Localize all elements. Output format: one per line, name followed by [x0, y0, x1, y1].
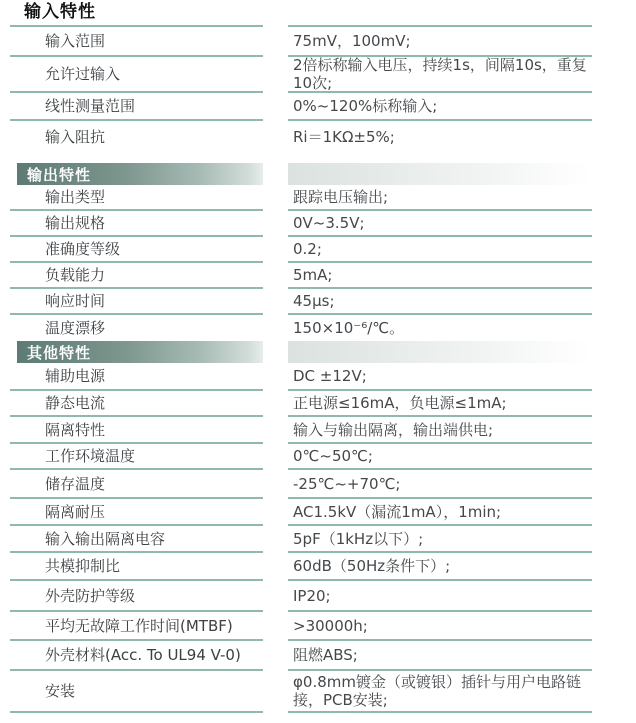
spec-label: 静态电流: [45, 394, 105, 412]
spec-row: 平均无故障工作时间(MTBF) >30000h;: [0, 612, 636, 641]
spec-value: 60dB（50Hz条件下）;: [293, 557, 450, 575]
spec-label-cell: 辅助电源: [10, 363, 263, 391]
spec-label: 输入输出隔离电容: [45, 530, 165, 548]
spec-row: 线性测量范围 0%~120%标称输入;: [0, 93, 636, 121]
spec-row: 隔离特性 输入与输出隔离，输出端供电;: [0, 417, 636, 444]
spec-value: 2倍标称输入电压，持续1s，间隔10s，重复10次;: [293, 56, 592, 92]
spec-value-cell: 150×10⁻⁶/℃。: [288, 315, 592, 341]
spec-value: 5pF（1kHz以下）;: [293, 530, 423, 548]
spec-label: 负载能力: [45, 266, 105, 284]
spec-label: 共模抑制比: [45, 557, 120, 575]
spec-row: 安装 φ0.8mm镀金（或镀银）插针与用户电路链接，PCB安装;: [0, 671, 636, 713]
spec-value: φ0.8mm镀金（或镀银）插针与用户电路链接，PCB安装;: [293, 673, 592, 709]
spec-label-cell: 隔离耐压: [10, 499, 263, 526]
spec-label: 响应时间: [45, 292, 105, 310]
spec-value: -25℃~+70℃;: [293, 475, 400, 493]
spec-label: 输出类型: [45, 188, 105, 206]
spec-label: 允许过输入: [45, 65, 120, 83]
spec-value-cell: IP20;: [288, 581, 592, 612]
spec-value: 0%~120%标称输入;: [293, 97, 437, 115]
page-title: 输入特性: [24, 0, 96, 24]
spec-label: 外壳防护等级: [45, 587, 135, 605]
spec-value-cell: 阻燃ABS;: [288, 641, 592, 671]
spec-label-cell: 平均无故障工作时间(MTBF): [10, 612, 263, 641]
spec-value-cell: AC1.5kV（漏流1mA），1min;: [288, 499, 592, 526]
spec-label: 隔离耐压: [45, 503, 105, 521]
spec-row: 输入阻抗 Ri＝1KΩ±5%;: [0, 121, 636, 152]
section-output-header: 输出特性: [0, 163, 636, 185]
spec-label-cell: 输入输出隔离电容: [10, 526, 263, 553]
spec-label-cell: 负载能力: [10, 263, 263, 289]
spec-value: 75mV，100mV;: [293, 32, 411, 50]
spec-row: 辅助电源 DC ±12V;: [0, 363, 636, 391]
spec-label: 输入范围: [45, 32, 105, 50]
spec-value-cell: 0.2;: [288, 237, 592, 263]
spec-row: 温度漂移 150×10⁻⁶/℃。: [0, 315, 636, 341]
spec-label: 输出规格: [45, 214, 105, 232]
spec-row: 外壳防护等级 IP20;: [0, 581, 636, 612]
spec-value: Ri＝1KΩ±5%;: [293, 128, 395, 146]
spec-row: 响应时间 45μs;: [0, 289, 636, 315]
section-input-title-row: 输入特性: [0, 0, 636, 27]
section-header-bar-right: [288, 163, 592, 185]
spec-row: 输出类型 跟踪电压输出;: [0, 185, 636, 211]
spec-label-cell: 输入阻抗: [10, 121, 263, 152]
spec-label-cell: 温度漂移: [10, 315, 263, 341]
spec-row: 负载能力 5mA;: [0, 263, 636, 289]
section-header-label: 输出特性: [27, 164, 91, 185]
spec-label: 外壳材料(Acc. To UL94 V-0): [45, 646, 241, 664]
spec-value: DC ±12V;: [293, 367, 367, 385]
spec-row: 工作环境温度 0℃~50℃;: [0, 444, 636, 470]
spec-label: 温度漂移: [45, 319, 105, 337]
spec-label: 工作环境温度: [45, 447, 135, 465]
spec-label: 安装: [45, 682, 75, 700]
spec-value-cell: DC ±12V;: [288, 363, 592, 391]
spec-value-cell: 0%~120%标称输入;: [288, 93, 592, 121]
spec-value-cell: 正电源≤16mA，负电源≤1mA;: [288, 391, 592, 417]
spec-row: 共模抑制比 60dB（50Hz条件下）;: [0, 553, 636, 581]
spec-label: 输入阻抗: [45, 128, 105, 146]
spec-value-cell: 0V~3.5V;: [288, 211, 592, 237]
spec-label-cell: 允许过输入: [10, 57, 263, 93]
spec-value-cell: 5pF（1kHz以下）;: [288, 526, 592, 553]
spec-label: 线性测量范围: [45, 97, 135, 115]
title-cell: 输入特性: [10, 0, 263, 27]
spec-value-cell: 5mA;: [288, 263, 592, 289]
spec-value-cell: 输入与输出隔离，输出端供电;: [288, 417, 592, 444]
section-header-label: 其他特性: [27, 342, 91, 363]
spec-value: 45μs;: [293, 292, 335, 310]
spec-value-cell: 75mV，100mV;: [288, 27, 592, 57]
spec-label-cell: 工作环境温度: [10, 444, 263, 470]
spec-label-cell: 安装: [10, 671, 263, 713]
spec-row: 允许过输入 2倍标称输入电压，持续1s，间隔10s，重复10次;: [0, 57, 636, 93]
spec-row: 静态电流 正电源≤16mA，负电源≤1mA;: [0, 391, 636, 417]
spec-value: 正电源≤16mA，负电源≤1mA;: [293, 394, 507, 412]
spec-label-cell: 响应时间: [10, 289, 263, 315]
spec-row: 输入输出隔离电容 5pF（1kHz以下）;: [0, 526, 636, 553]
spec-value: 输入与输出隔离，输出端供电;: [293, 421, 493, 439]
spec-value: 阻燃ABS;: [293, 646, 358, 664]
title-rule-right: [288, 0, 592, 27]
section-header-bar: 输出特性: [17, 163, 263, 185]
spec-label-cell: 外壳材料(Acc. To UL94 V-0): [10, 641, 263, 671]
spec-label-cell: 准确度等级: [10, 237, 263, 263]
spec-value-cell: 2倍标称输入电压，持续1s，间隔10s，重复10次;: [288, 57, 592, 93]
spec-value: 0.2;: [293, 240, 322, 258]
spec-label-cell: 外壳防护等级: [10, 581, 263, 612]
spec-value-cell: φ0.8mm镀金（或镀银）插针与用户电路链接，PCB安装;: [288, 671, 592, 713]
spec-label-cell: 输出类型: [10, 185, 263, 211]
spec-value: 5mA;: [293, 266, 332, 284]
spec-row: 输入范围 75mV，100mV;: [0, 27, 636, 57]
spec-sheet: 输入特性 输入范围 75mV，100mV; 允许过输入 2倍标称输入电压，持续1…: [0, 0, 636, 713]
section-header-bar-right: [288, 341, 592, 363]
spec-label-cell: 线性测量范围: [10, 93, 263, 121]
spec-value: 0℃~50℃;: [293, 447, 373, 465]
spec-row: 储存温度 -25℃~+70℃;: [0, 470, 636, 499]
spec-label-cell: 隔离特性: [10, 417, 263, 444]
spec-value: 150×10⁻⁶/℃。: [293, 319, 404, 337]
spec-value-cell: 60dB（50Hz条件下）;: [288, 553, 592, 581]
spec-value: >30000h;: [293, 617, 368, 635]
spec-value-cell: 跟踪电压输出;: [288, 185, 592, 211]
spec-value: IP20;: [293, 587, 331, 605]
spec-label-cell: 输出规格: [10, 211, 263, 237]
spec-label: 准确度等级: [45, 240, 120, 258]
spec-label-cell: 输入范围: [10, 27, 263, 57]
spec-row: 外壳材料(Acc. To UL94 V-0) 阻燃ABS;: [0, 641, 636, 671]
spec-value-cell: Ri＝1KΩ±5%;: [288, 121, 592, 152]
spec-label: 隔离特性: [45, 421, 105, 439]
spec-value-cell: 45μs;: [288, 289, 592, 315]
spec-label: 辅助电源: [45, 367, 105, 385]
spec-label: 储存温度: [45, 475, 105, 493]
spec-value: 跟踪电压输出;: [293, 188, 388, 206]
spec-label-cell: 静态电流: [10, 391, 263, 417]
spec-row: 准确度等级 0.2;: [0, 237, 636, 263]
section-header-bar: 其他特性: [17, 341, 263, 363]
section-other-header: 其他特性: [0, 341, 636, 363]
spec-row: 输出规格 0V~3.5V;: [0, 211, 636, 237]
spec-row: 隔离耐压 AC1.5kV（漏流1mA），1min;: [0, 499, 636, 526]
spec-value-cell: 0℃~50℃;: [288, 444, 592, 470]
spec-label-cell: 储存温度: [10, 470, 263, 499]
spec-value-cell: -25℃~+70℃;: [288, 470, 592, 499]
spec-value-cell: >30000h;: [288, 612, 592, 641]
spec-value: AC1.5kV（漏流1mA），1min;: [293, 503, 501, 521]
spec-label-cell: 共模抑制比: [10, 553, 263, 581]
spec-value: 0V~3.5V;: [293, 214, 365, 232]
spec-label: 平均无故障工作时间(MTBF): [45, 617, 233, 635]
